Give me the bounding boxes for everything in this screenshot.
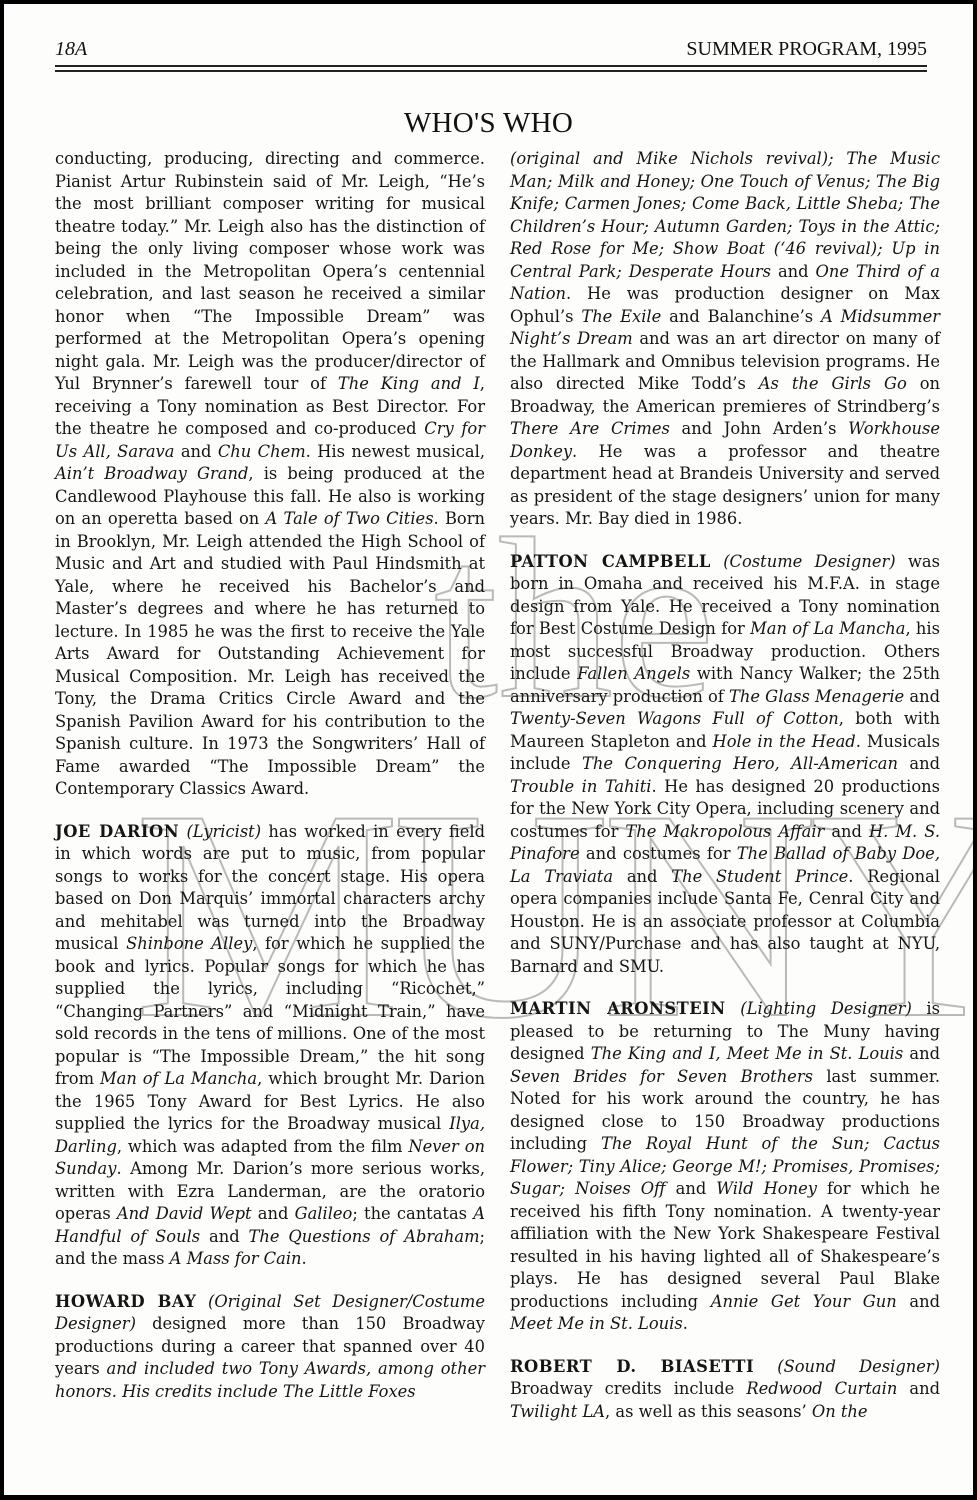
- running-title: SUMMER PROGRAM, 1995: [686, 38, 927, 61]
- text-run: and John Arden’s: [670, 419, 848, 438]
- header-rule-top: [55, 65, 927, 67]
- bio-role: (Costume Designer): [723, 552, 895, 571]
- header-rule-bottom: [55, 70, 927, 72]
- italic-run: Twenty-Seven Wagons Full of Cotton: [510, 709, 839, 728]
- italic-run: Fallen Angels: [577, 664, 690, 683]
- italic-run: Trouble in Tahiti: [510, 777, 652, 796]
- italic-run: The King and I: [338, 374, 480, 393]
- bio-biasetti: ROBERT D. BIASETTI (Sound Designer) Broa…: [510, 1356, 940, 1424]
- italic-run: The Student Prince: [671, 867, 848, 886]
- bio-bay: HOWARD BAY (Original Set Designer/Costum…: [55, 1291, 485, 1404]
- italic-run: The King and I, Meet Me in St. Louis: [591, 1044, 904, 1063]
- italic-run: Galileo: [295, 1204, 353, 1223]
- text-run: . Born in Brooklyn, Mr. Leigh attended t…: [55, 509, 485, 798]
- italic-run: The Makropolous Affair: [625, 822, 824, 841]
- text-run: and: [898, 754, 940, 773]
- right-column: (original and Mike Nichols revival); The…: [510, 148, 940, 1443]
- italic-run: Hole in the Head: [713, 732, 856, 751]
- bio-darion: JOE DARION (Lyricist) has worked in ever…: [55, 821, 485, 1271]
- italic-run: The Exile: [581, 307, 661, 326]
- bio-bay-continued: (original and Mike Nichols revival); The…: [510, 148, 940, 531]
- text-run: Broadway credits include: [510, 1379, 746, 1398]
- bio-name: HOWARD BAY: [55, 1292, 196, 1311]
- text-run: and: [666, 1179, 717, 1198]
- text-run: , as well as this seasons’: [605, 1402, 812, 1421]
- italic-run: The Glass Menagerie: [729, 687, 904, 706]
- left-column: conducting, producing, directing and com…: [55, 148, 485, 1423]
- bio-name: PATTON CAMPBELL: [510, 552, 711, 571]
- text-run: and: [252, 1204, 295, 1223]
- text-run: and: [613, 867, 671, 886]
- text-run: .: [683, 1314, 688, 1333]
- italic-run: Twilight LA: [510, 1402, 605, 1421]
- italic-run: Man of La Mancha: [750, 619, 905, 638]
- bio-role: (Lighting Designer): [740, 999, 912, 1018]
- program-page: 18A SUMMER PROGRAM, 1995 WHO'S WHO the M…: [4, 4, 973, 1495]
- text-run: and: [903, 1044, 940, 1063]
- bio-aronstein: MARTIN ARONSTEIN (Lighting Designer) is …: [510, 998, 940, 1336]
- text-run: conducting, producing, directing and com…: [55, 149, 485, 393]
- text-run: and: [824, 822, 869, 841]
- text-run: .: [302, 1249, 307, 1268]
- bio-role: (Sound Designer): [777, 1357, 940, 1376]
- bio-campbell: PATTON CAMPBELL (Costume Designer) was b…: [510, 551, 940, 979]
- italic-run: Annie Get Your Gun: [711, 1292, 897, 1311]
- text-run: , which was adapted from the film: [117, 1137, 408, 1156]
- text-run: and: [897, 1379, 940, 1398]
- italic-run: The Conquering Hero, All-American: [582, 754, 898, 773]
- text-run: . His newest musical,: [306, 442, 485, 461]
- italic-run: Redwood Curtain: [746, 1379, 897, 1398]
- bio-body: has worked in every field in which words…: [55, 822, 485, 1269]
- text-run: and: [200, 1227, 248, 1246]
- italic-run: As the Girls Go: [759, 374, 907, 393]
- text-run: and: [904, 687, 940, 706]
- italic-run: There Are Crimes: [510, 419, 670, 438]
- italic-run: And David Wept: [117, 1204, 252, 1223]
- italic-run: Ain’t Broadway Grand: [55, 464, 248, 483]
- text-run: , for which he supplied the book and lyr…: [55, 934, 485, 1088]
- italic-run: Meet Me in St. Louis: [510, 1314, 683, 1333]
- italic-run: and included two Tony Awards, among othe…: [55, 1359, 485, 1401]
- italic-run: Shinbone Alley: [126, 934, 252, 953]
- text-run: and costumes for: [580, 844, 737, 863]
- italic-run: The Questions of Abraham: [249, 1227, 480, 1246]
- italic-run: Chu Chem: [218, 442, 306, 461]
- bio-name: ROBERT D. BIASETTI: [510, 1357, 754, 1376]
- italic-run: A Tale of Two Cities: [266, 509, 434, 528]
- text-run: and: [174, 442, 217, 461]
- text-run: ; the cantatas: [352, 1204, 473, 1223]
- bio-name: JOE DARION: [55, 822, 179, 841]
- text-run: and: [771, 262, 815, 281]
- bio-body: is pleased to be returning to The Muny h…: [510, 999, 940, 1333]
- italic-run: Wild Honey: [716, 1179, 817, 1198]
- italic-run: A Mass for Cain: [170, 1249, 302, 1268]
- bio-body: Broadway credits include Redwood Curtain…: [510, 1379, 940, 1421]
- page-title: WHO'S WHO: [4, 107, 973, 140]
- page-number: 18A: [55, 38, 87, 61]
- page-header: 18A SUMMER PROGRAM, 1995: [55, 38, 927, 62]
- bio-name: MARTIN ARONSTEIN: [510, 999, 726, 1018]
- italic-run: Seven Brides for Seven Brothers: [510, 1067, 813, 1086]
- text-run: and: [897, 1292, 940, 1311]
- text-run: and Balanchine’s: [661, 307, 821, 326]
- italic-run: On the: [812, 1402, 868, 1421]
- bio-role: (Lyricist): [186, 822, 261, 841]
- bio-body: was born in Omaha and received his M.F.A…: [510, 552, 940, 976]
- text-run: . He was a professor and theatre departm…: [510, 442, 940, 529]
- italic-run: Man of La Mancha: [100, 1069, 257, 1088]
- bio-leigh-continued: conducting, producing, directing and com…: [55, 148, 485, 801]
